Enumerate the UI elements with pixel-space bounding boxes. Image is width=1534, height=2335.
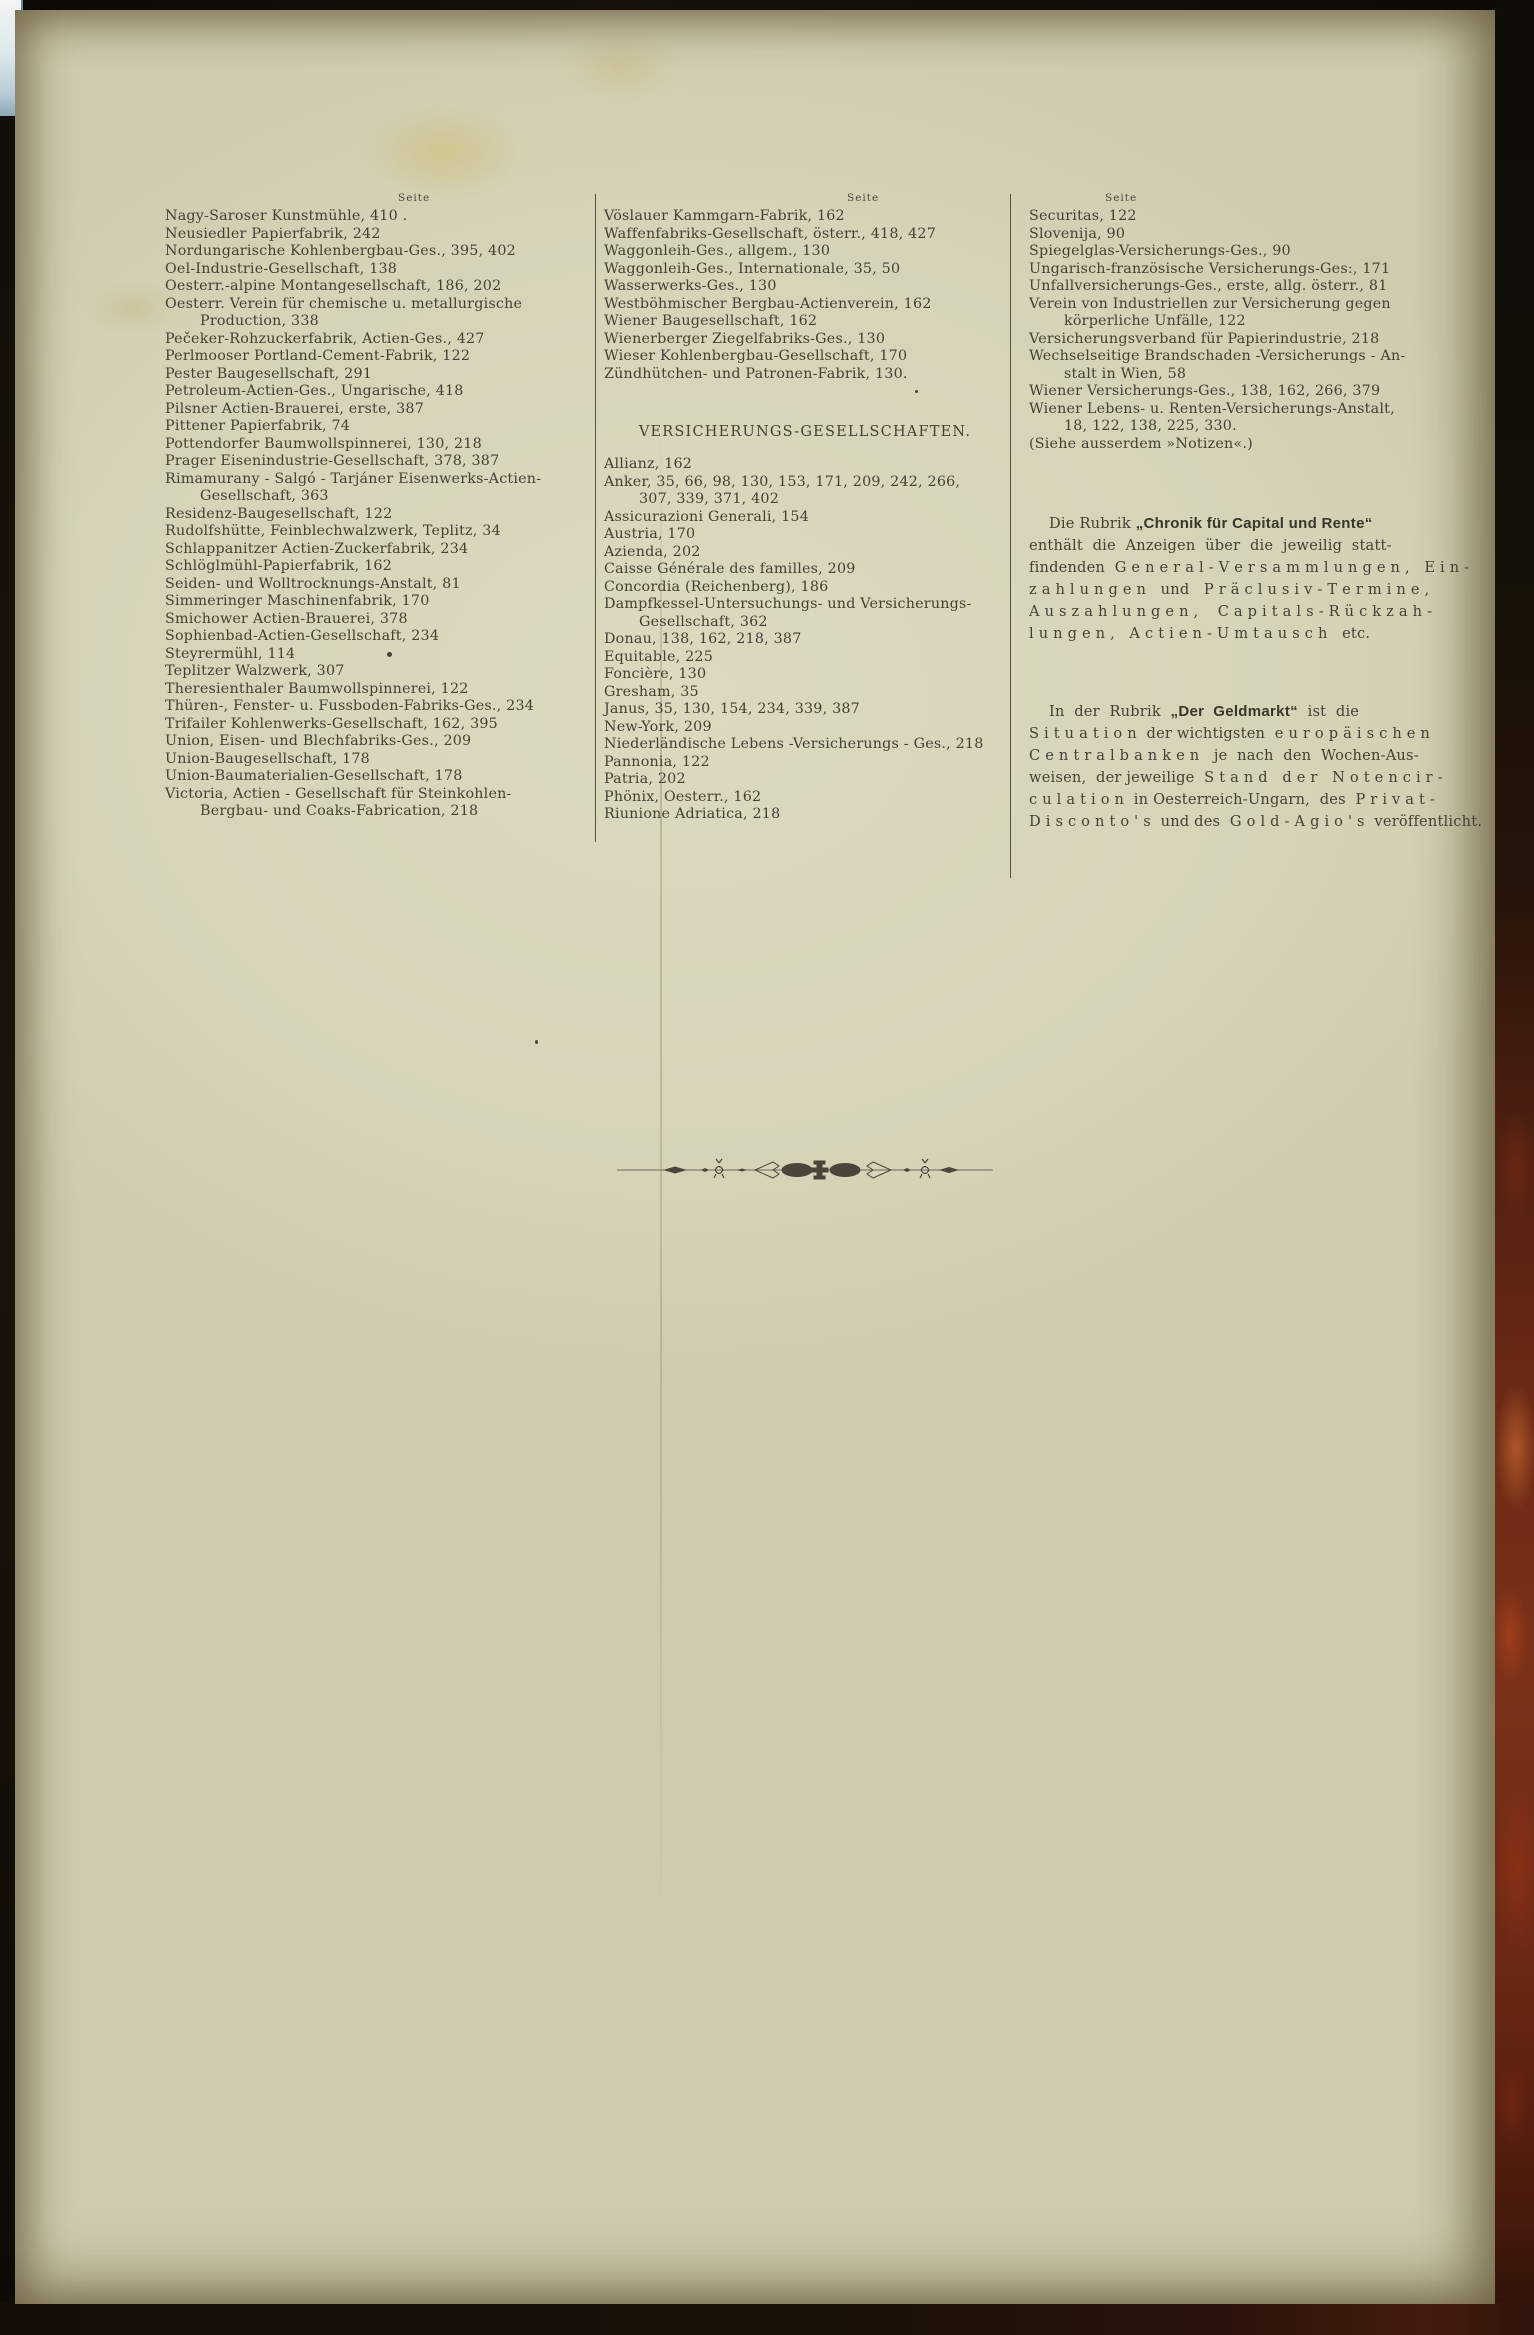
index-entry: Gresham, 35: [604, 684, 1006, 702]
index-entry: Verein von Industriellen zur Versicherun…: [1029, 296, 1485, 314]
index-entry: Patria, 202: [604, 771, 1006, 789]
index-entry: Nagy-Saroser Kunstmühle, 410 .: [165, 208, 593, 226]
index-entry: Niederländische Lebens -Versicherungs - …: [604, 736, 1006, 754]
section-header-versicherungs: VERSICHERUNGS-GESELLSCHAFTEN.: [604, 424, 1006, 440]
index-entry: Oesterr. Verein für chemische u. metallu…: [165, 296, 593, 314]
index-entry: Wiener Versicherungs-Ges., 138, 162, 266…: [1029, 383, 1485, 401]
paper-speck: [535, 1040, 538, 1044]
index-entry: Prager Eisenindustrie-Gesellschaft, 378,…: [165, 453, 593, 471]
index-entry: Union-Baugesellschaft, 178: [165, 751, 593, 769]
index-entry: Pottendorfer Baumwollspinnerei, 130, 218: [165, 436, 593, 454]
paragraph-text: In der Rubrik: [1049, 703, 1171, 720]
index-entry: Victoria, Actien - Gesellschaft für Stei…: [165, 786, 593, 804]
index-entry: Phönix, Oesterr., 162: [604, 789, 1006, 807]
index-entry: Sophienbad-Actien-Gesellschaft, 234: [165, 628, 593, 646]
index-entry: Nordungarische Kohlenbergbau-Ges., 395, …: [165, 243, 593, 261]
index-entry: Securitas, 122: [1029, 208, 1485, 226]
book-cover-edge-top: [0, 0, 1534, 10]
book-cover-marbled-edge: [1494, 0, 1534, 2335]
paragraph-line: l u n g e n , A c t i e n - U m t a u s …: [1029, 623, 1485, 645]
paragraph-line: Die Rubrik „Chronik für Capital und Rent…: [1029, 513, 1485, 535]
index-entry: Zündhütchen- und Patronen-Fabrik, 130.: [604, 366, 1006, 384]
index-entry: Production, 338: [165, 313, 593, 331]
index-entry: Neusiedler Papierfabrik, 242: [165, 226, 593, 244]
index-entry: Foncière, 130: [604, 666, 1006, 684]
index-entry: Vöslauer Kammgarn-Fabrik, 162: [604, 208, 1006, 226]
index-entry: Oesterr.-alpine Montangesellschaft, 186,…: [165, 278, 593, 296]
index-entry: Smichower Actien-Brauerei, 378: [165, 611, 593, 629]
divider-ornament: [615, 1150, 995, 1190]
paragraph-line: weisen, der jeweilige S t a n d d e r N …: [1029, 767, 1485, 789]
rubrik-geldmarkt-paragraph: In der Rubrik „Der Geldmarkt“ ist die S …: [1029, 701, 1485, 833]
index-entry: Pilsner Actien-Brauerei, erste, 387: [165, 401, 593, 419]
index-column-3: Seite Securitas, 122Slovenija, 90Spiegel…: [1029, 192, 1485, 833]
index-entry: Wienerberger Ziegelfabriks-Ges., 130: [604, 331, 1006, 349]
paragraph-lines: enthält die Anzeigen über die jeweilig s…: [1029, 535, 1485, 645]
rubrik-chronik-paragraph: Die Rubrik „Chronik für Capital und Rent…: [1029, 513, 1485, 645]
index-entry: Schlöglmühl-Papierfabrik, 162: [165, 558, 593, 576]
index-entry: Equitable, 225: [604, 649, 1006, 667]
rubrik-title-bold: „Der Geldmarkt“: [1171, 703, 1298, 720]
index-entry: Janus, 35, 130, 154, 234, 339, 387: [604, 701, 1006, 719]
index-entry: stalt in Wien, 58: [1029, 366, 1485, 384]
book-page-scan: Seite Nagy-Saroser Kunstmühle, 410 .Neus…: [0, 0, 1534, 2335]
paragraph-line: S i t u a t i o n der wichtigsten e u r …: [1029, 723, 1485, 745]
book-cover-edge-left: [0, 0, 15, 2335]
paragraph-line: In der Rubrik „Der Geldmarkt“ ist die: [1029, 701, 1485, 723]
index-entry: (Siehe ausserdem »Notizen«.): [1029, 436, 1485, 454]
index-entry: Rudolfshütte, Feinblechwalzwerk, Teplitz…: [165, 523, 593, 541]
index-entry: Union-Baumaterialien-Gesellschaft, 178: [165, 768, 593, 786]
paragraph-line: c u l a t i o n in Oesterreich-Ungarn, d…: [1029, 789, 1485, 811]
index-entry: Slovenija, 90: [1029, 226, 1485, 244]
index-entry-list: Securitas, 122Slovenija, 90Spiegelglas-V…: [1029, 208, 1485, 453]
paragraph-lines: S i t u a t i o n der wichtigsten e u r …: [1029, 723, 1485, 833]
index-entry: Pester Baugesellschaft, 291: [165, 366, 593, 384]
index-entry: Thüren-, Fenster- u. Fussboden-Fabriks-G…: [165, 698, 593, 716]
index-entry: Austria, 170: [604, 526, 1006, 544]
index-entry: Trifailer Kohlenwerks-Gesellschaft, 162,…: [165, 716, 593, 734]
index-entry: Wiener Baugesellschaft, 162: [604, 313, 1006, 331]
index-entry: Wiener Lebens- u. Renten-Versicherungs-A…: [1029, 401, 1485, 419]
rubrik-title-bold: „Chronik für Capital und Rente“: [1136, 515, 1373, 532]
index-column-1: Seite Nagy-Saroser Kunstmühle, 410 .Neus…: [165, 192, 593, 821]
paragraph-line: C e n t r a l b a n k e n je nach den Wo…: [1029, 745, 1485, 767]
index-entry: Bergbau- und Coaks-Fabrication, 218: [165, 803, 593, 821]
index-entry: Gesellschaft, 363: [165, 488, 593, 506]
index-entry: Wechselseitige Brandschaden -Versicherun…: [1029, 348, 1485, 366]
index-entry: Pečeker-Rohzuckerfabrik, Actien-Ges., 42…: [165, 331, 593, 349]
seite-column-label: Seite: [398, 192, 593, 208]
index-entry: Wieser Kohlenbergbau-Gesellschaft, 170: [604, 348, 1006, 366]
book-cover-edge-bottom: [0, 2303, 1534, 2335]
index-entry: Waffenfabriks-Gesellschaft, österr., 418…: [604, 226, 1006, 244]
index-column-2: Seite Vöslauer Kammgarn-Fabrik, 162Waffe…: [604, 192, 1006, 824]
index-entry-list: Nagy-Saroser Kunstmühle, 410 .Neusiedler…: [165, 208, 593, 821]
index-entry: Riunione Adriatica, 218: [604, 806, 1006, 824]
seite-column-label: Seite: [1105, 192, 1485, 208]
paragraph-line: D i s c o n t o ' s und des G o l d - A …: [1029, 811, 1485, 833]
index-entry: Ungarisch-französische Versicherungs-Ges…: [1029, 261, 1485, 279]
index-entry: Allianz, 162: [604, 456, 1006, 474]
index-entry: Wasserwerks-Ges., 130: [604, 278, 1006, 296]
index-entry: Union, Eisen- und Blechfabriks-Ges., 209: [165, 733, 593, 751]
index-entry-list: Vöslauer Kammgarn-Fabrik, 162Waffenfabri…: [604, 208, 1006, 383]
index-entry: Spiegelglas-Versicherungs-Ges., 90: [1029, 243, 1485, 261]
index-entry: Pannonia, 122: [604, 754, 1006, 772]
index-entry: New-York, 209: [604, 719, 1006, 737]
index-entry: körperliche Unfälle, 122: [1029, 313, 1485, 331]
index-entry: Waggonleih-Ges., Internationale, 35, 50: [604, 261, 1006, 279]
index-entry: Seiden- und Wolltrocknungs-Anstalt, 81: [165, 576, 593, 594]
index-entry: Residenz-Baugesellschaft, 122: [165, 506, 593, 524]
index-entry: Steyrermühl, 114: [165, 646, 593, 664]
seite-column-label: Seite: [847, 192, 1006, 208]
index-entry: Assicurazioni Generali, 154: [604, 509, 1006, 527]
index-entry-list: Allianz, 162Anker, 35, 66, 98, 130, 153,…: [604, 456, 1006, 824]
index-entry: 18, 122, 138, 225, 330.: [1029, 418, 1485, 436]
index-entry: 307, 339, 371, 402: [604, 491, 1006, 509]
column-divider-rule: [595, 194, 596, 842]
paper-page: Seite Nagy-Saroser Kunstmühle, 410 .Neus…: [15, 10, 1495, 2304]
index-entry: Rimamurany - Salgó - Tarjáner Eisenwerks…: [165, 471, 593, 489]
index-entry: Dampfkessel-Untersuchungs- und Versicher…: [604, 596, 1006, 614]
paragraph-line: findenden G e n e r a l - V e r s a m m …: [1029, 557, 1485, 579]
index-entry: Anker, 35, 66, 98, 130, 153, 171, 209, 2…: [604, 474, 1006, 492]
index-entry: Concordia (Reichenberg), 186: [604, 579, 1006, 597]
column-divider-rule: [1010, 194, 1011, 878]
index-entry: Simmeringer Maschinenfabrik, 170: [165, 593, 593, 611]
index-entry: Caisse Générale des familles, 209: [604, 561, 1006, 579]
index-entry: Petroleum-Actien-Ges., Ungarische, 418: [165, 383, 593, 401]
index-entry: Oel-Industrie-Gesellschaft, 138: [165, 261, 593, 279]
index-entry: Waggonleih-Ges., allgem., 130: [604, 243, 1006, 261]
paragraph-line: A u s z a h l u n g e n , C a p i t a l …: [1029, 601, 1485, 623]
paragraph-text: ist die: [1298, 703, 1359, 720]
index-entry: Theresienthaler Baumwollspinnerei, 122: [165, 681, 593, 699]
paragraph-line: enthält die Anzeigen über die jeweilig s…: [1029, 535, 1485, 557]
index-entry: Gesellschaft, 362: [604, 614, 1006, 632]
index-entry: Pittener Papierfabrik, 74: [165, 418, 593, 436]
index-entry: Unfallversicherungs-Ges., erste, allg. ö…: [1029, 278, 1485, 296]
index-entry: Westböhmischer Bergbau-Actienverein, 162: [604, 296, 1006, 314]
paragraph-line: z a h l u n g e n und P r ä c l u s i v …: [1029, 579, 1485, 601]
index-entry: Teplitzer Walzwerk, 307: [165, 663, 593, 681]
index-entry: Azienda, 202: [604, 544, 1006, 562]
index-entry: Donau, 138, 162, 218, 387: [604, 631, 1006, 649]
index-entry: Schlappanitzer Actien-Zuckerfabrik, 234: [165, 541, 593, 559]
index-entry: Perlmooser Portland-Cement-Fabrik, 122: [165, 348, 593, 366]
paragraph-text: Die Rubrik: [1049, 515, 1136, 532]
index-entry: Versicherungsverband für Papierindustrie…: [1029, 331, 1485, 349]
